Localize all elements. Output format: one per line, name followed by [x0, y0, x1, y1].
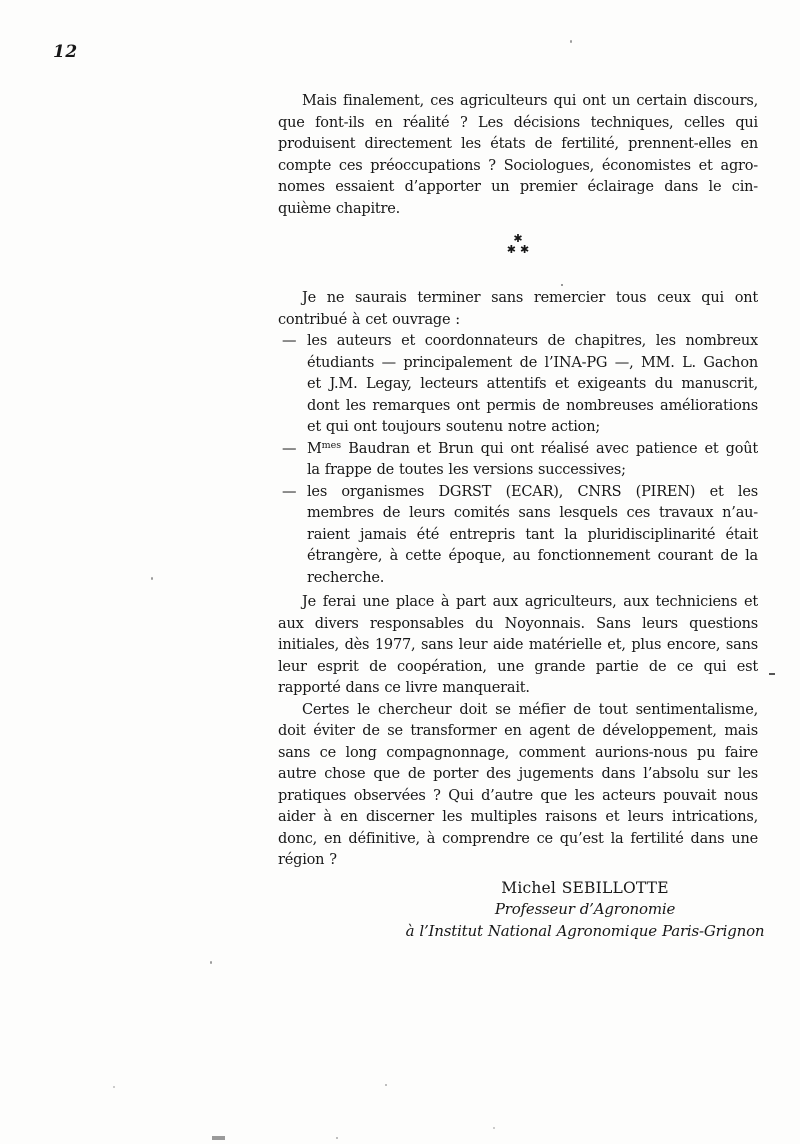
text-line: Certes le chercheur doit se méfier de to…	[278, 700, 758, 722]
scan-speck	[210, 961, 212, 964]
text-line: pratiques observées ? Qui d’autre que le…	[278, 786, 758, 808]
text-line: Je ne saurais terminer sans remercier to…	[278, 288, 758, 310]
list-item-mmes: —Mmes Baudran et Brun qui ont réalisé av…	[278, 439, 758, 482]
paragraph-chercheur: Certes le chercheur doit se méfier de to…	[278, 700, 758, 872]
paragraph-agriculteurs: Je ferai une place à part aux agriculteu…	[278, 592, 758, 700]
paragraph-remerciements: Je ne saurais terminer sans remercier to…	[278, 288, 758, 331]
dash-marker: —	[282, 482, 296, 504]
text-line: initiales, dès 1977, sans leur aide maté…	[278, 635, 758, 657]
text-line: produisent directement les états de fert…	[278, 134, 758, 156]
text-line: sans ce long compagnonnage, comment auri…	[278, 743, 758, 765]
text-line: recherche.	[278, 568, 758, 590]
list-item-text: les organismes DGRST (ECAR), CNRS (PIREN…	[307, 484, 758, 500]
text-line: nomes essaient d’apporter un premier écl…	[278, 177, 758, 199]
list-item-text: Baudran et Brun qui ont réalisé avec pat…	[341, 441, 758, 457]
text-line: rapporté dans ce livre manquerait.	[278, 678, 758, 700]
text-line: —les auteurs et coordonnateurs de chapit…	[278, 331, 758, 353]
text-line: —Mmes Baudran et Brun qui ont réalisé av…	[278, 439, 758, 461]
text-line: et qui ont toujours soutenu notre action…	[278, 417, 758, 439]
asterism-divider: ✱ ✱✱	[278, 232, 758, 262]
text-line: étrangère, à cette époque, au fonctionne…	[278, 546, 758, 568]
text-line: leur esprit de coopération, une grande p…	[278, 657, 758, 679]
text-line: compte ces préoccupations ? Sociologues,…	[278, 156, 758, 178]
dash-marker: —	[282, 331, 296, 353]
text-line: quième chapitre.	[278, 199, 758, 221]
signature-block: Michel SEBILLOTTE Professeur d’Agronomie…	[370, 878, 800, 943]
text-line: et J.M. Legay, lecteurs attentifs et exi…	[278, 374, 758, 396]
paragraph-discours: Mais finalement, ces agriculteurs qui on…	[278, 91, 758, 220]
text-line: —les organismes DGRST (ECAR), CNRS (PIRE…	[278, 482, 758, 504]
text-line: doit éviter de se transformer en agent d…	[278, 721, 758, 743]
text-line: Je ferai une place à part aux agriculteu…	[278, 592, 758, 614]
list-item-text: les auteurs et coordonnateurs de chapitr…	[307, 333, 758, 349]
scan-speck	[212, 1136, 225, 1140]
page-number: 12	[53, 42, 78, 62]
text-line: aider à en discerner les multiples raiso…	[278, 807, 758, 829]
dash-marker: —	[282, 439, 296, 461]
text-line: autre chose que de porter des jugements …	[278, 764, 758, 786]
asterisk-glyphs: ✱✱	[278, 243, 758, 256]
scan-speck	[336, 1137, 338, 1139]
text-line: contribué à cet ouvrage :	[278, 310, 758, 332]
list-item-text: M	[307, 441, 322, 457]
scan-speck	[385, 1084, 387, 1086]
text-line: Mais finalement, ces agriculteurs qui on…	[278, 91, 758, 113]
scan-speck	[113, 1086, 115, 1088]
list-item-organismes: —les organismes DGRST (ECAR), CNRS (PIRE…	[278, 482, 758, 590]
text-column: Mais finalement, ces agriculteurs qui on…	[278, 91, 758, 942]
author-name: Michel SEBILLOTTE	[370, 878, 800, 900]
scan-speck	[493, 1127, 495, 1129]
text-line: aux divers responsables du Noyonnais. Sa…	[278, 614, 758, 636]
text-line: étudiants — principalement de l’INA-PG —…	[278, 353, 758, 375]
author-role: Professeur d’Agronomie	[370, 899, 800, 921]
scan-speck	[151, 577, 153, 580]
text-line: que font-ils en réalité ? Les décisions …	[278, 113, 758, 135]
text-line: dont les remarques ont permis de nombreu…	[278, 396, 758, 418]
scan-speck	[570, 40, 572, 43]
text-line: membres de leurs comités sans lesquels c…	[278, 503, 758, 525]
superscript-mes: mes	[322, 440, 342, 451]
scanned-book-page: 12 Mais finalement, ces agriculteurs qui…	[0, 0, 800, 1144]
author-institution: à l’Institut National Agronomique Paris-…	[370, 921, 800, 943]
text-line: la frappe de toutes les versions success…	[278, 460, 758, 482]
text-line: donc, en définitive, à comprendre ce qu’…	[278, 829, 758, 851]
scan-speck	[769, 673, 775, 675]
list-item-auteurs: —les auteurs et coordonnateurs de chapit…	[278, 331, 758, 439]
text-line: région ?	[278, 850, 758, 872]
scan-speck	[561, 284, 563, 286]
text-line: raient jamais été entrepris tant la plur…	[278, 525, 758, 547]
